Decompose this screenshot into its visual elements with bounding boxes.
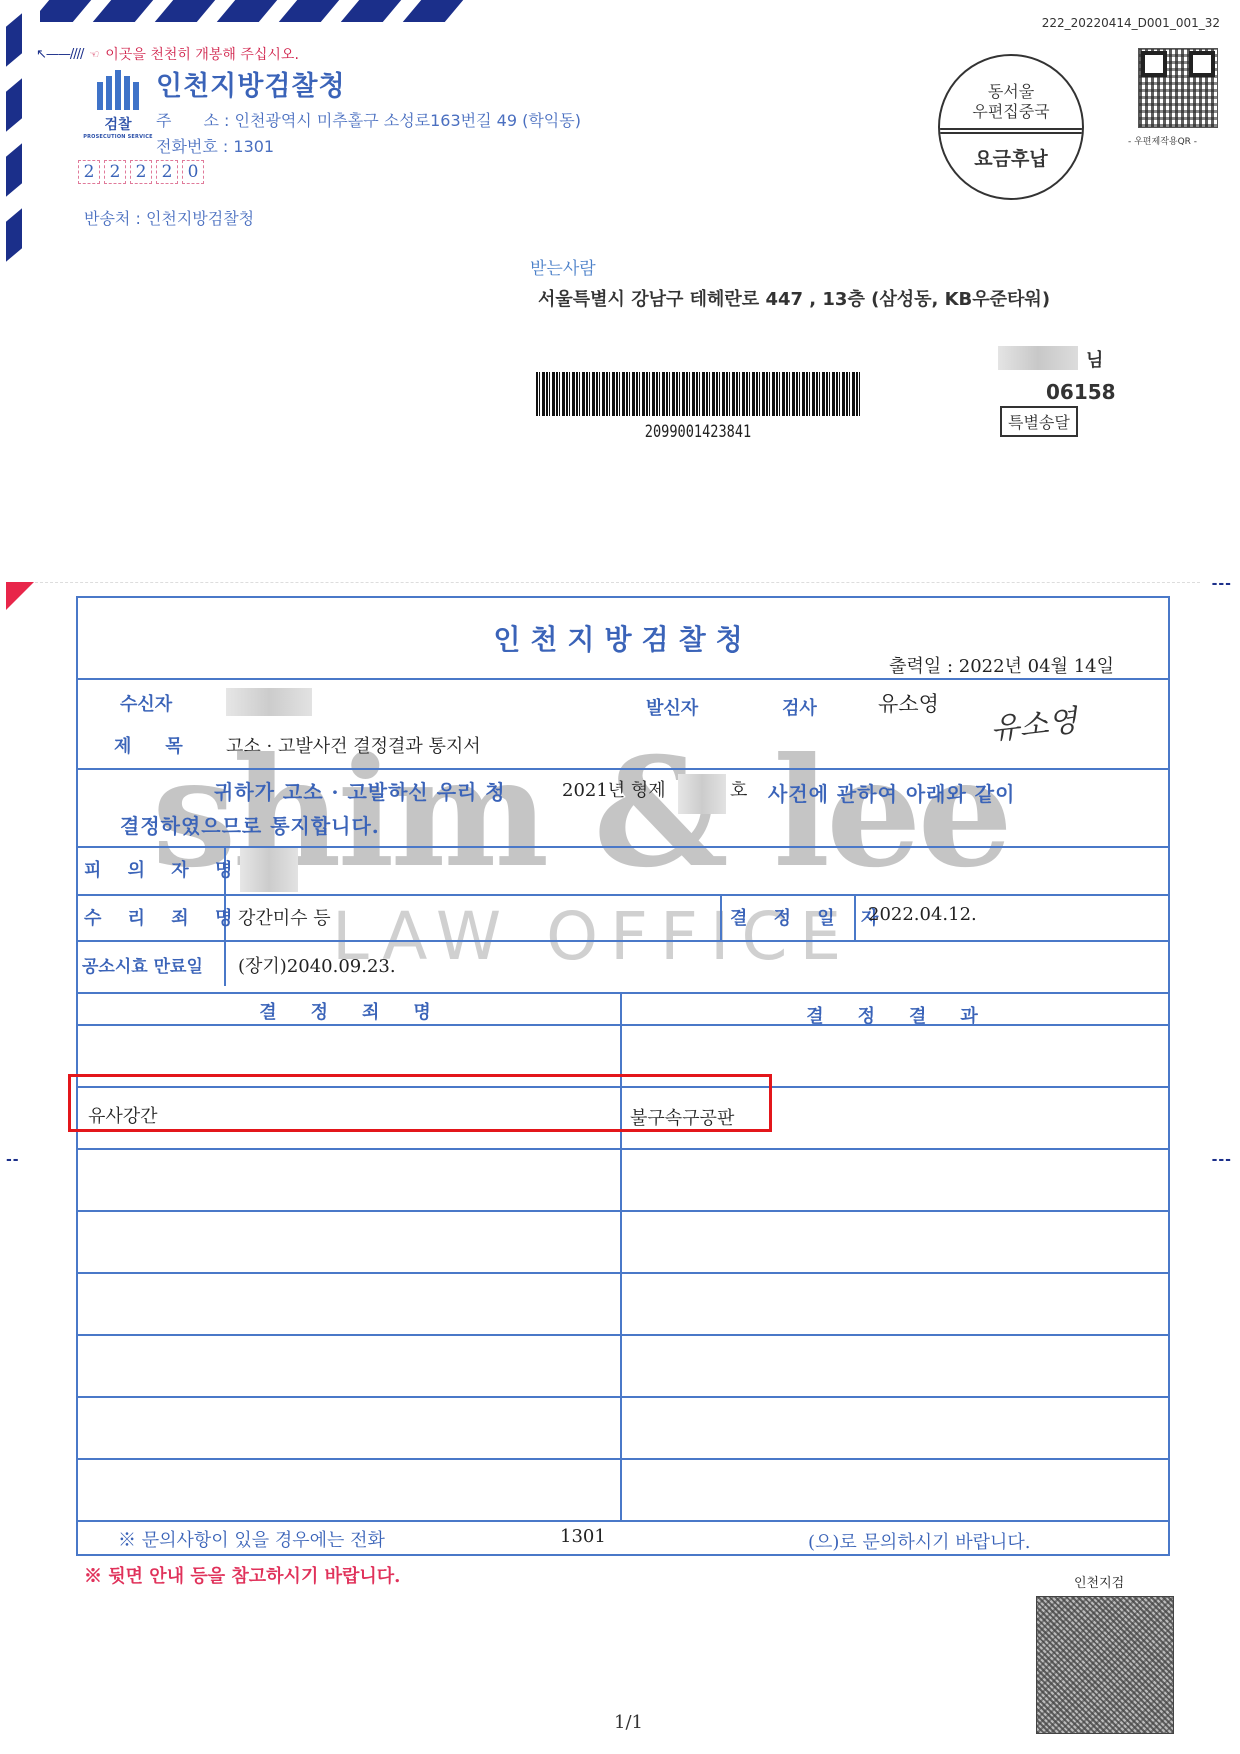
back-page-note: ※ 뒷면 안내 등을 참고하시기 바랍니다. — [84, 1562, 400, 1588]
recipient-field-label: 수신자 — [120, 690, 172, 716]
margin-mark: -- — [6, 1152, 20, 1168]
form-divider — [720, 894, 722, 940]
form-rule — [78, 894, 1168, 896]
return-label: 반송처 — [84, 209, 130, 228]
return-value: 인천지방검찰청 — [146, 209, 254, 228]
return-address: 반송처 : 인천지방검찰청 — [84, 206, 254, 229]
subject-value: 고소 · 고발사건 결정결과 통지서 — [226, 732, 481, 758]
decision-date-value: 2022.04.12. — [868, 904, 977, 925]
decision-date-label: 결 정 일 자 — [730, 904, 888, 930]
sender-phone-value: 1301 — [233, 137, 274, 156]
corner-marker — [6, 582, 34, 610]
print-date: 출력일 : 2022년 04월 14일 — [889, 652, 1114, 678]
verification-qr-code-icon — [1036, 1596, 1174, 1734]
zip-digit: 0 — [182, 160, 204, 184]
margin-mark: --- — [1212, 1152, 1232, 1168]
zip-digit: 2 — [130, 160, 152, 184]
highlight-annotation — [68, 1074, 772, 1132]
sender-zip-boxes: 2 2 2 2 0 — [78, 160, 204, 184]
sender-name: 인천지방검찰청 — [156, 64, 346, 103]
statute-label: 공소시효 만료일 — [82, 952, 203, 977]
airmail-stripe-top — [40, 0, 470, 26]
postal-qr-caption: - 우편제작용QR - — [1128, 134, 1197, 147]
open-hint: ↖——//// ☜ 이곳을 천천히 개봉해 주십시오. — [36, 44, 299, 64]
notice-body-part3: 결정하였으므로 통지합니다. — [120, 810, 380, 839]
form-rule — [78, 768, 1168, 770]
decision-notice-form: shim & lee LAW OFFICE 인천지방검찰청 출력일 : 2022… — [76, 596, 1170, 1556]
document-code: 222_20220414_D001_001_32 — [1042, 16, 1220, 30]
prosecutor-signature: 유소영 — [988, 696, 1079, 749]
sender-phone-label: 전화번호 — [156, 137, 218, 156]
table-header-charge: 결 정 죄 명 — [78, 998, 620, 1024]
tracking-number: 2099001423841 — [568, 422, 827, 442]
postmark: 동서울 우편집중국 요금후납 — [938, 54, 1084, 200]
postmark-payment: 요금후납 — [940, 144, 1082, 171]
zip-digit: 2 — [104, 160, 126, 184]
table-row-rule — [78, 1210, 1168, 1212]
form-rule — [78, 1024, 1168, 1026]
page-number: 1/1 — [614, 1712, 643, 1733]
sender-address-value: 인천광역시 미추홀구 소성로163번길 49 (학익동) — [234, 111, 580, 130]
inquiry-phone: 1301 — [560, 1526, 606, 1547]
form-rule — [78, 1520, 1168, 1522]
logo-mark: 검찰 — [78, 114, 158, 134]
zip-digit: 2 — [78, 160, 100, 184]
table-row-rule — [78, 1334, 1168, 1336]
case-year: 2021년 형제 — [562, 776, 666, 802]
logo-subtitle: PROSECUTION SERVICE — [78, 134, 158, 140]
sender-phone: 전화번호 : 1301 — [156, 134, 274, 157]
delivery-type-badge: 특별송달 — [1000, 406, 1078, 437]
charge-label: 수 리 죄 명 — [84, 904, 242, 930]
form-rule — [78, 992, 1168, 994]
recipient-zip: 06158 — [1046, 380, 1116, 404]
form-divider — [620, 992, 622, 1522]
print-date-value: 2022년 04월 14일 — [959, 656, 1114, 677]
airmail-stripe-left — [4, 0, 24, 275]
postmark-office-line2: 우편집중국 — [940, 102, 1082, 122]
charge-value: 강간미수 등 — [238, 904, 331, 930]
inquiry-suffix: (으)로 문의하시기 바랍니다. — [808, 1528, 1030, 1554]
table-row-rule — [78, 1272, 1168, 1274]
table-row-rule — [78, 1396, 1168, 1398]
table-row-rule — [78, 1148, 1168, 1150]
statute-value: (장기)2040.09.23. — [238, 952, 396, 978]
form-rule — [78, 940, 1168, 942]
recipient-name-redacted — [998, 346, 1078, 370]
recipient-address: 서울특별시 강남구 테헤란로 447 , 13층 (삼성동, KB우준타워) — [538, 286, 1098, 314]
recipient-honorific: 님 — [1086, 346, 1103, 372]
notice-body-part2: 사건에 관하여 아래와 같이 — [768, 778, 1015, 807]
sender-address-label: 주 소 — [156, 111, 219, 130]
recipient-field-redacted — [226, 688, 312, 716]
tear-arrow-icon: ↖——//// — [36, 47, 83, 62]
sender-name: 유소영 — [878, 688, 939, 718]
subject-label: 제 목 — [114, 732, 191, 758]
prosecution-logo: 검찰 PROSECUTION SERVICE — [78, 70, 158, 140]
postal-qr-code-icon — [1138, 48, 1218, 128]
zip-digit: 2 — [156, 160, 178, 184]
inquiry-prefix: ※ 문의사항이 있을 경우에는 전화 — [118, 1526, 385, 1552]
postmark-divider — [940, 128, 1082, 134]
pointing-hand-icon: ☜ — [89, 48, 99, 61]
sender-role: 검사 — [782, 694, 817, 720]
tracking-barcode-icon — [536, 372, 860, 416]
case-number-redacted — [678, 774, 726, 814]
open-hint-text: 이곳을 천천히 개봉해 주십시오. — [105, 44, 299, 64]
case-suffix: 호 — [730, 776, 747, 802]
print-date-label: 출력일 — [889, 656, 941, 677]
sender-field-label: 발신자 — [646, 694, 698, 720]
form-rule — [78, 678, 1168, 680]
sender-address: 주 소 : 인천광역시 미추홀구 소성로163번길 49 (학익동) — [156, 108, 581, 131]
table-row-rule — [78, 1458, 1168, 1460]
prosecution-emblem-icon — [78, 70, 158, 110]
suspect-name-redacted — [240, 848, 298, 892]
postmark-office-line1: 동서울 — [940, 82, 1082, 102]
verification-qr-label: 인천지검 — [1074, 1572, 1124, 1591]
notice-body-part1: 귀하가 고소 · 고발하신 우리 청 — [214, 776, 506, 805]
suspect-label: 피 의 자 명 — [84, 856, 242, 882]
recipient-label: 받는사람 — [530, 254, 596, 279]
fold-line — [30, 582, 1200, 583]
margin-mark: --- — [1212, 576, 1232, 592]
